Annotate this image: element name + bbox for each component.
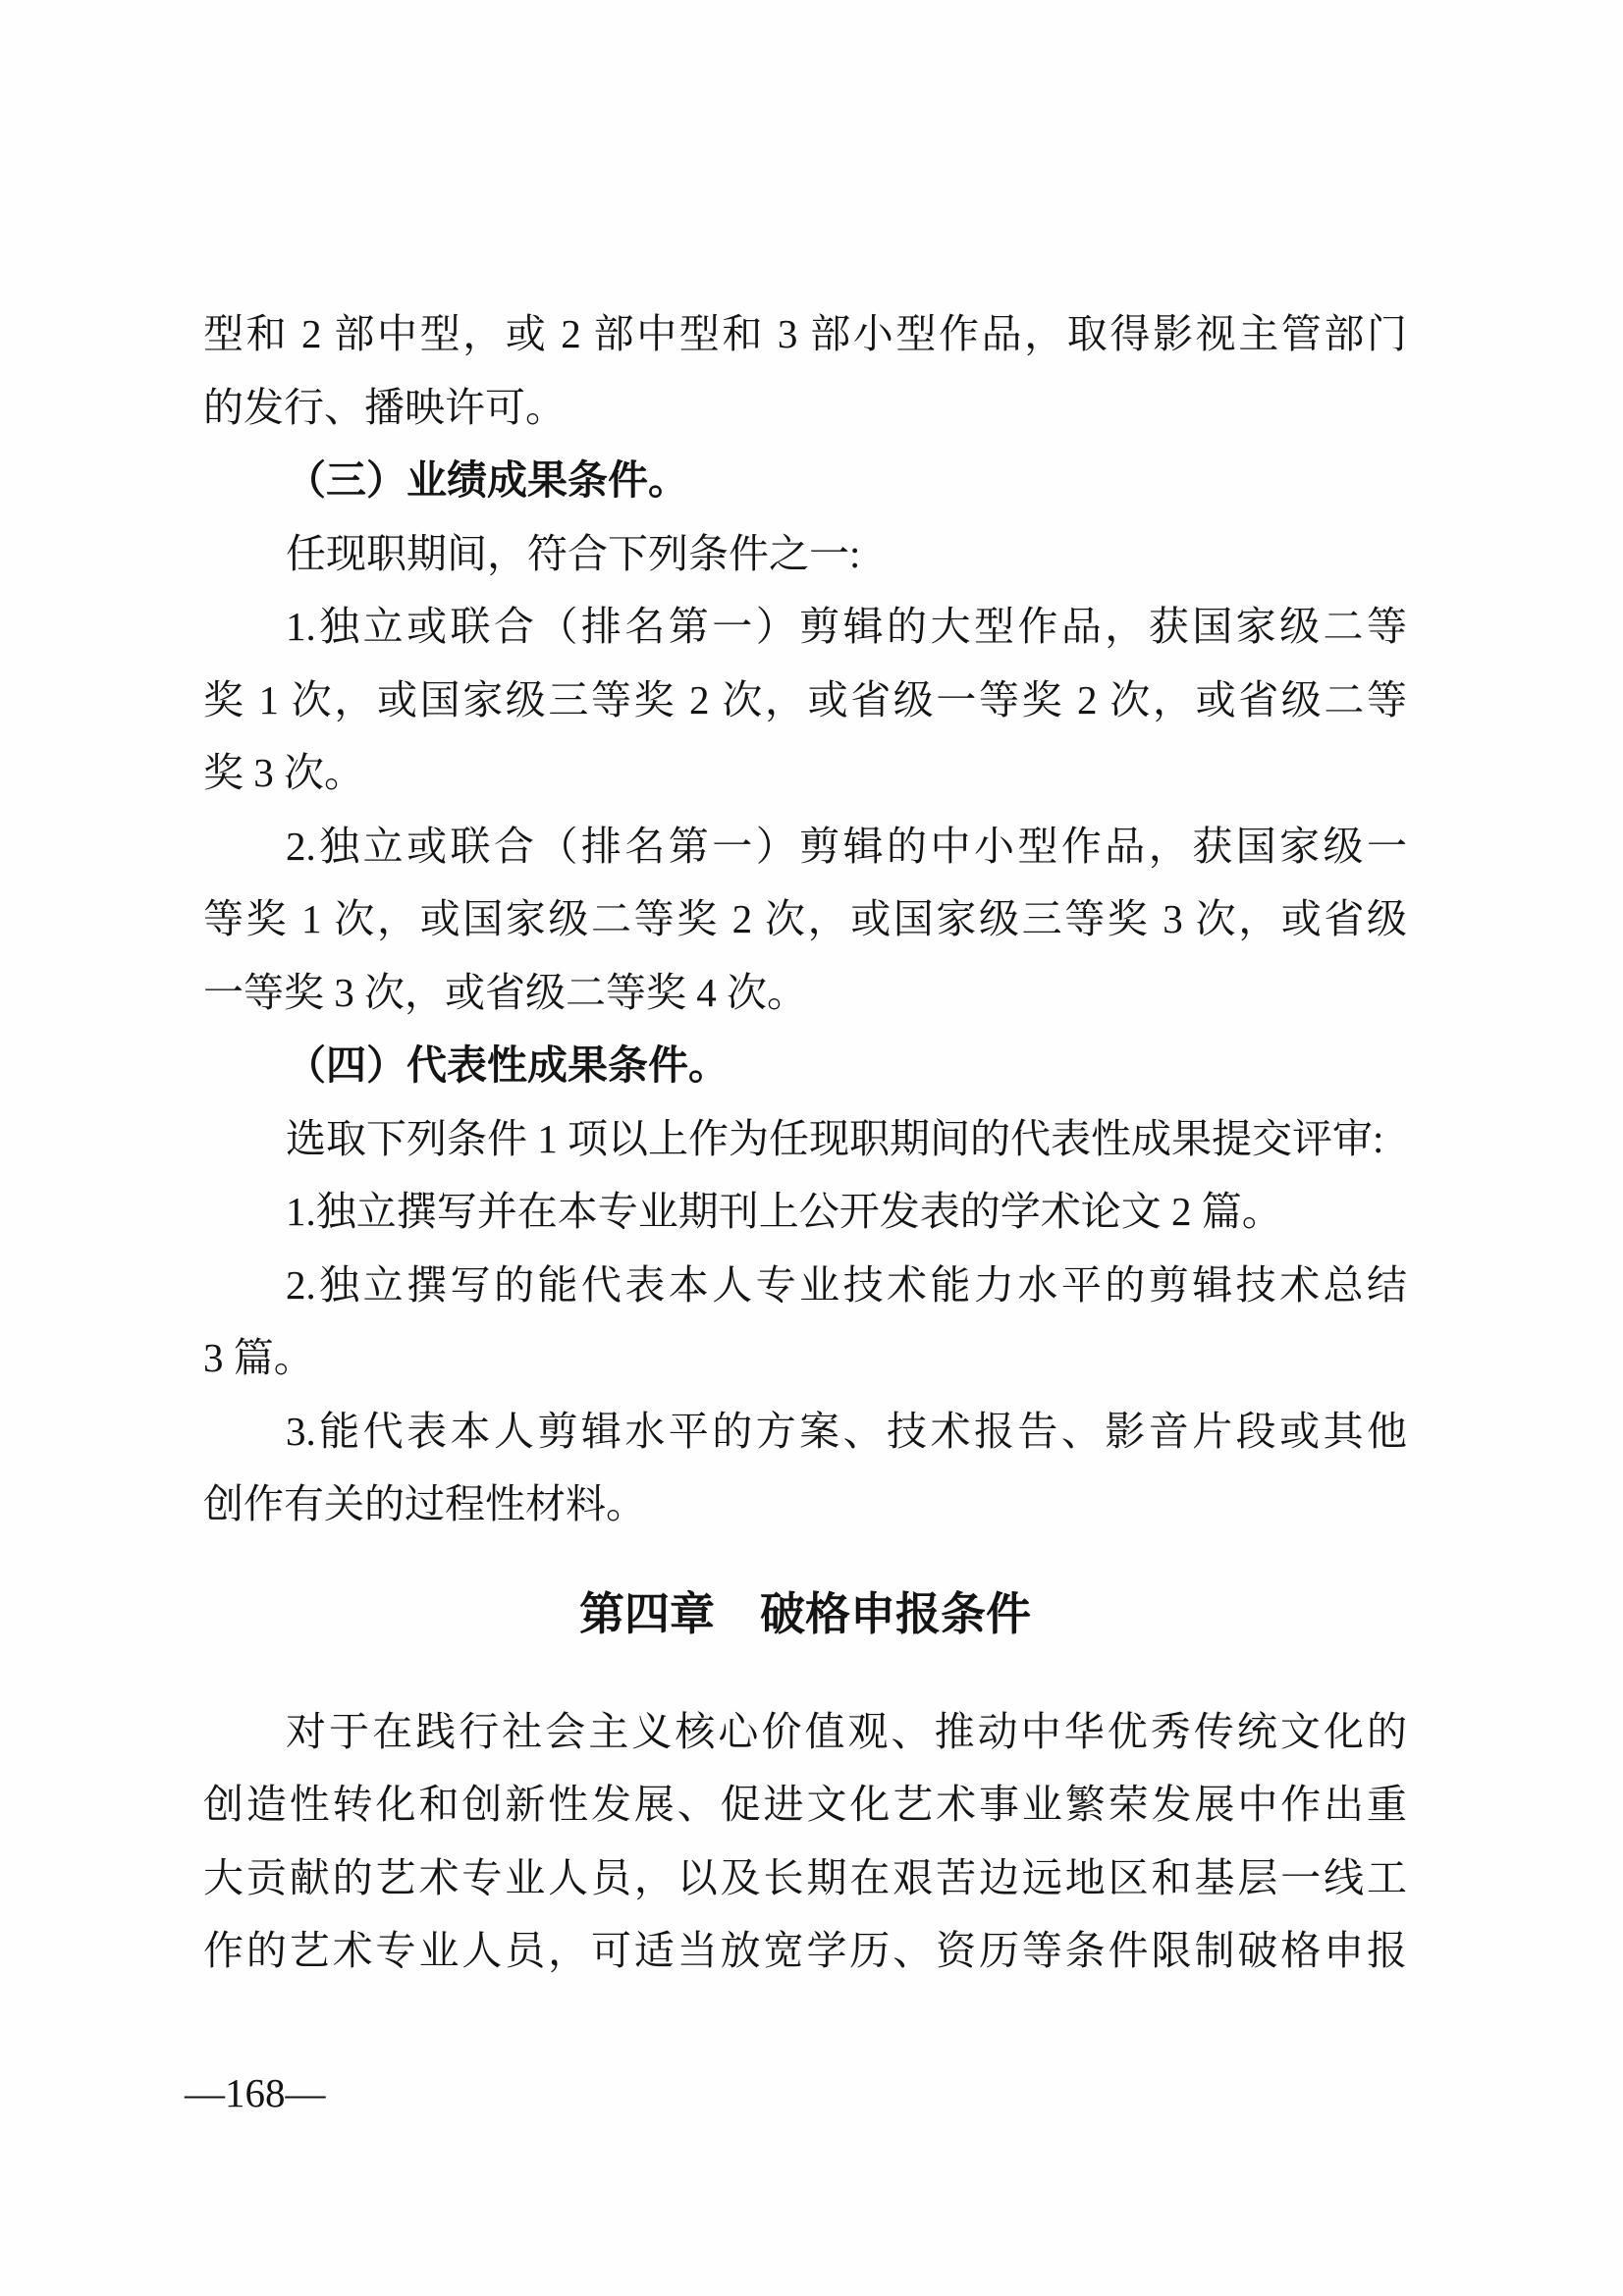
text-line: 创作有关的过程性材料。 <box>203 1468 1407 1541</box>
text-line: 奖 3 次。 <box>203 736 1407 810</box>
text-line: 大贡献的艺术专业人员，以及长期在艰苦边远地区和基层一线工 <box>203 1842 1407 1915</box>
text-line: 3.能代表本人剪辑水平的方案、技术报告、影音片段或其他 <box>203 1395 1407 1468</box>
text-line: 一等奖 3 次，或省级二等奖 4 次。 <box>203 956 1407 1030</box>
document-page: 型和 2 部中型，或 2 部中型和 3 部小型作品，取得影视主管部门 的发行、播… <box>0 0 1623 2296</box>
text-line: 的发行、播映许可。 <box>203 371 1407 445</box>
text-line: 任现职期间，符合下列条件之一: <box>203 517 1407 591</box>
page-number: —168— <box>185 2071 326 2115</box>
section-subhead: （四）代表性成果条件。 <box>203 1029 1407 1102</box>
text-line: 1.独立或联合（排名第一）剪辑的大型作品，获国家级二等 <box>203 590 1407 664</box>
section-subhead: （三）业绩成果条件。 <box>203 444 1407 517</box>
chapter-heading: 第四章 破格申报条件 <box>203 1577 1407 1650</box>
text-line: 选取下列条件 1 项以上作为任现职期间的代表性成果提交评审: <box>203 1102 1407 1176</box>
text-line: 1.独立撰写并在本专业期刊上公开发表的学术论文 2 篇。 <box>203 1175 1407 1249</box>
text-line: 2.独立或联合（排名第一）剪辑的中小型作品，获国家级一 <box>203 810 1407 883</box>
text-line: 对于在践行社会主义核心价值观、推动中华优秀传统文化的 <box>203 1695 1407 1769</box>
text-line: 作的艺术专业人员，可适当放宽学历、资历等条件限制破格申报 <box>203 1914 1407 1988</box>
text-line: 创造性转化和创新性发展、促进文化艺术事业繁荣发展中作出重 <box>203 1768 1407 1842</box>
text-line: 奖 1 次，或国家级三等奖 2 次，或省级一等奖 2 次，或省级二等 <box>203 664 1407 737</box>
document-body: 型和 2 部中型，或 2 部中型和 3 部小型作品，取得影视主管部门 的发行、播… <box>203 297 1407 1988</box>
text-line: 等奖 1 次，或国家级二等奖 2 次，或国家级三等奖 3 次，或省级 <box>203 882 1407 956</box>
text-line: 3 篇。 <box>203 1321 1407 1395</box>
text-line: 型和 2 部中型，或 2 部中型和 3 部小型作品，取得影视主管部门 <box>203 297 1407 371</box>
text-line: 2.独立撰写的能代表本人专业技术能力水平的剪辑技术总结 <box>203 1249 1407 1322</box>
